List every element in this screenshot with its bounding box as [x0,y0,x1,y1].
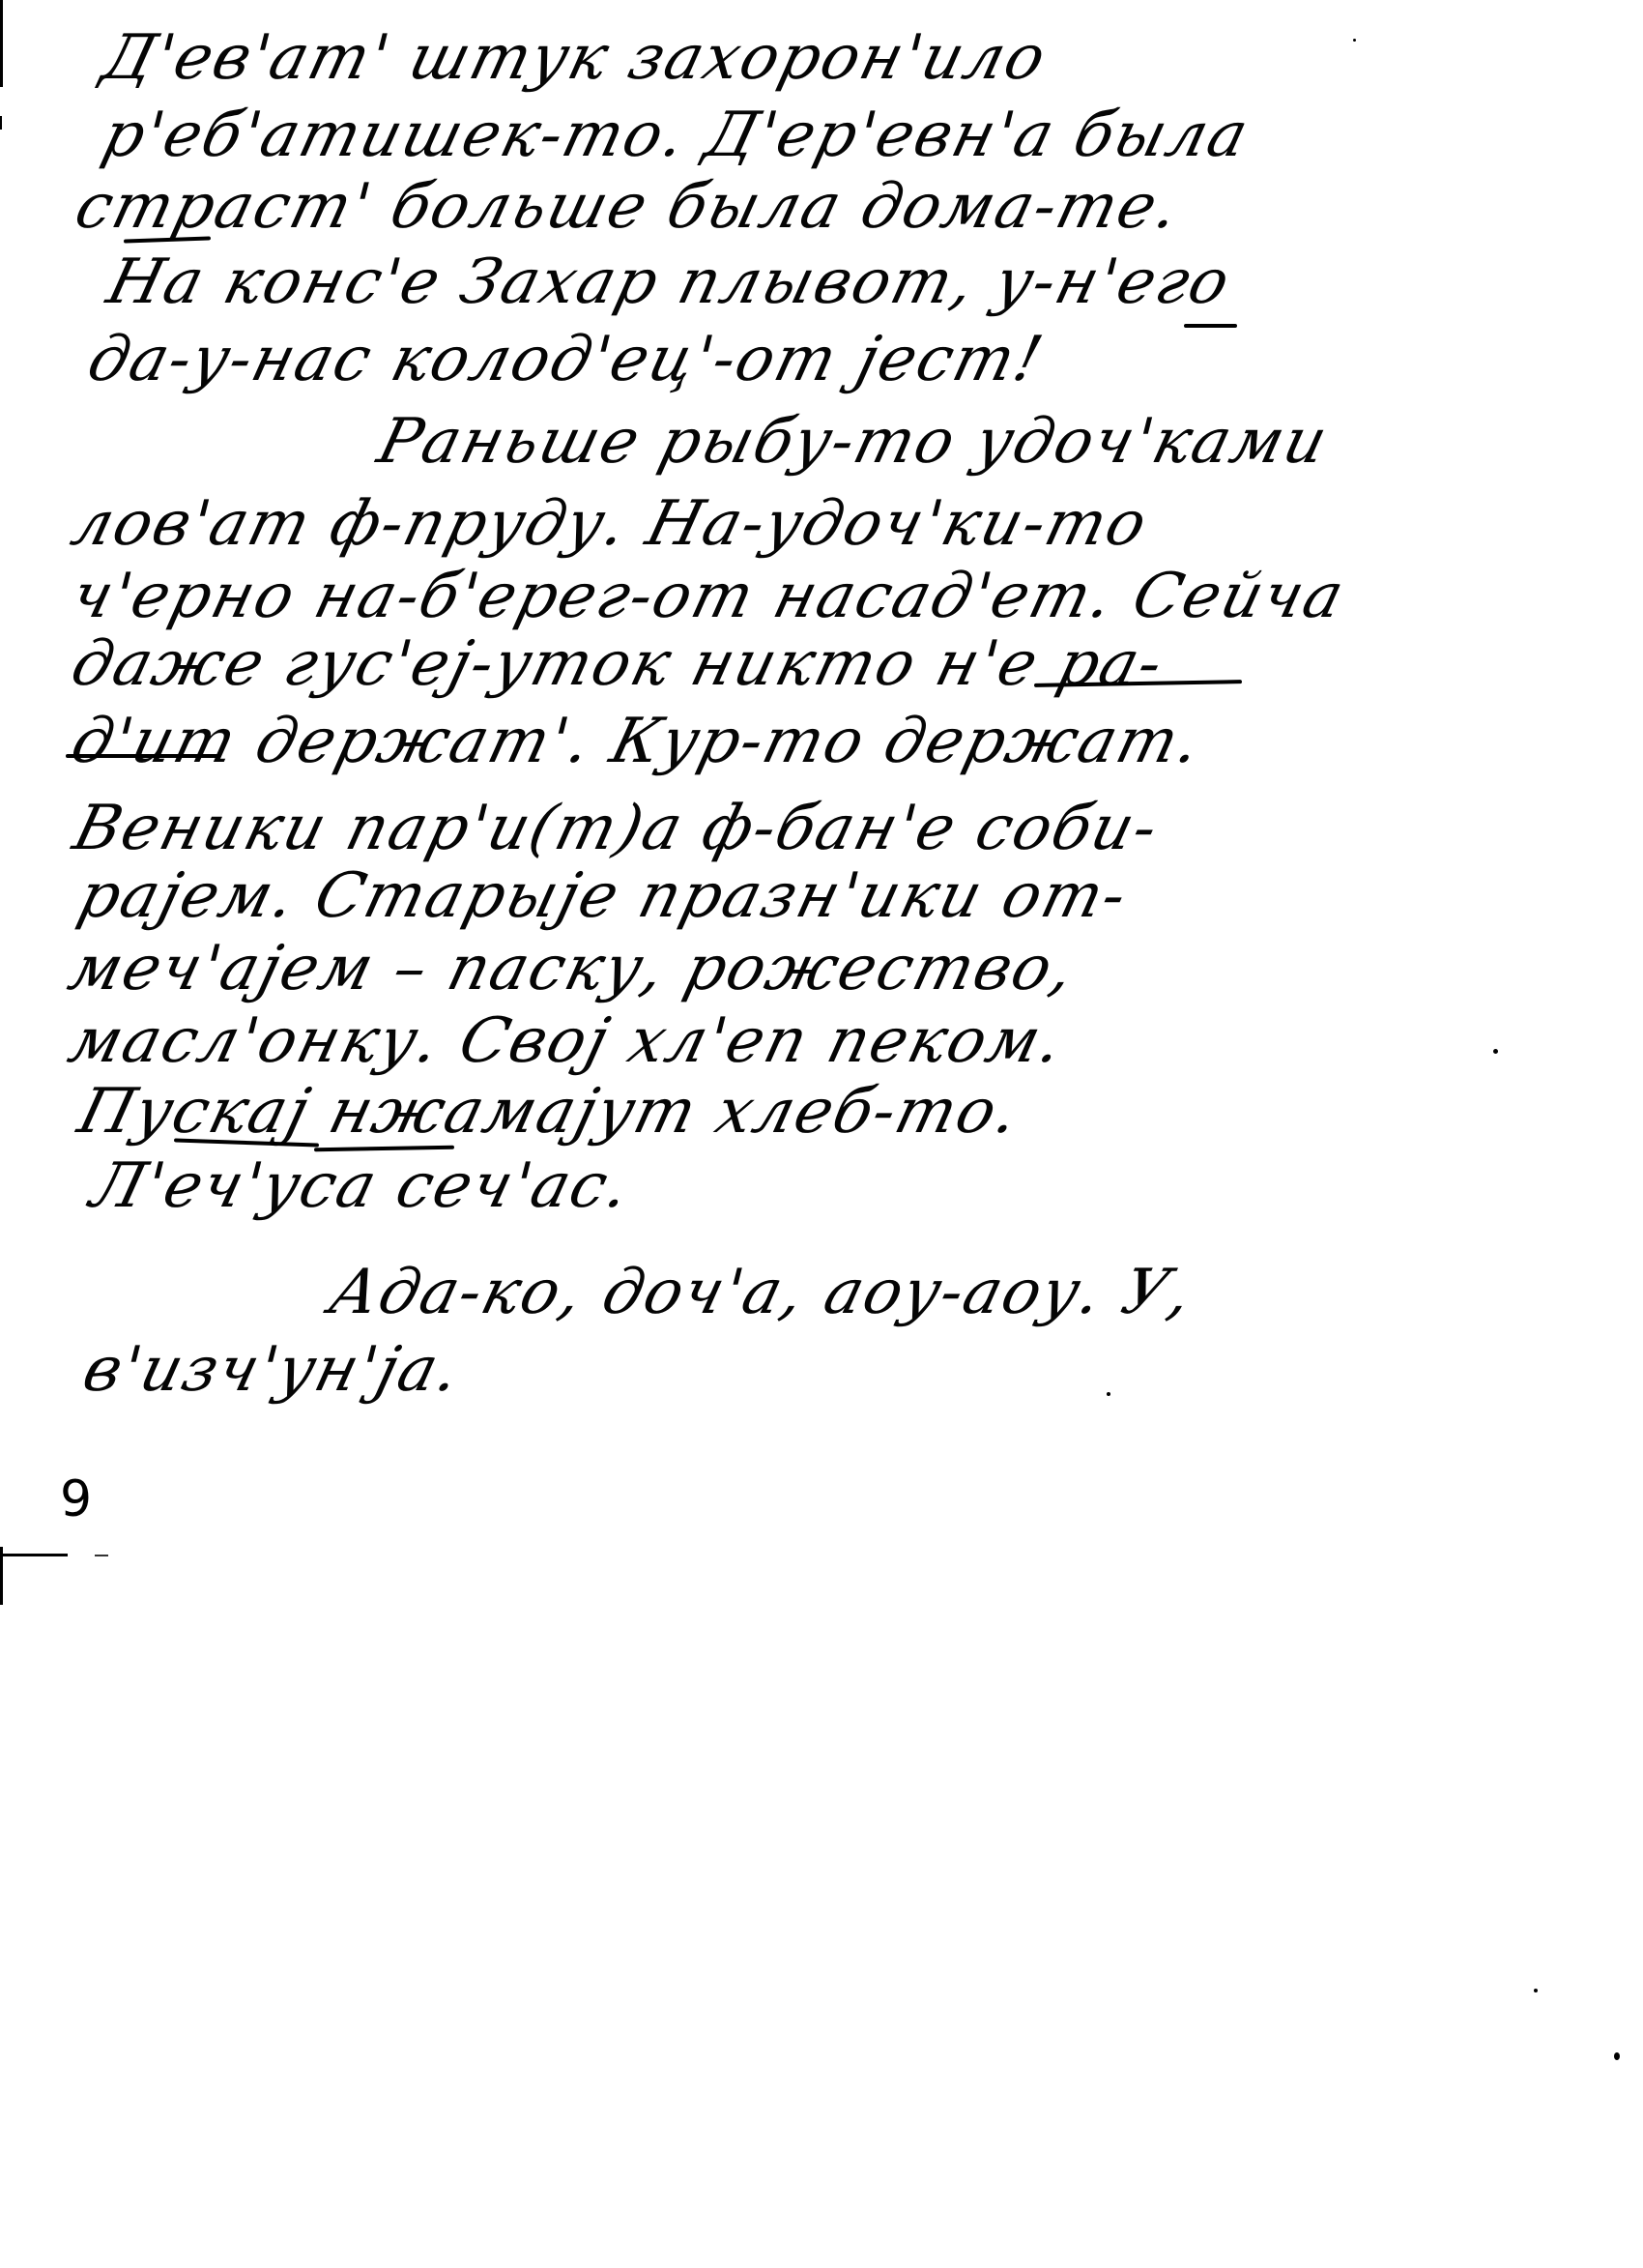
underline-mark [66,754,220,758]
text-line-4: На конс'е Захар плывот, у-н'его [101,251,1237,313]
text-line-9: даже гус'еј-уток никто н'е ра- [66,633,1170,695]
scan-crop-mark [0,1547,3,1605]
scan-speck [1534,1989,1538,1992]
text-line-7: лов'ат ф-пруду. На-удоч'ки-то [66,493,1154,555]
scanned-page: Д'ев'ат' штук захорон'ило р'еб'атишек-то… [0,0,1643,2268]
text-line-1: Д'ев'ат' штук захорон'ило [97,27,1053,89]
scan-crop-mark [95,1555,108,1556]
text-line-3: страст' больше была дома-те. [70,176,1186,238]
text-line-18: в'изч'ун'ја. [77,1339,468,1401]
text-line-5: да-у-нас колод'ец'-от јест! [82,329,1050,391]
scan-speck [1493,1049,1498,1054]
text-line-12: рајем. Старыје празн'ики от- [72,865,1134,927]
text-line-8: ч'ерно на-б'ерег-от насад'ет. Сейча [66,566,1351,627]
scan-speck [1353,39,1356,42]
underline-mark [1184,324,1237,328]
text-line-17: Ада-ко, доч'а, аоу-аоу. У, [324,1262,1199,1323]
scan-speck [1614,2052,1620,2060]
text-line-16: Л'еч'уса сеч'ас. [85,1155,637,1217]
text-line-6: Раньше рыбу-то удоч'ками [372,411,1335,473]
left-margin-edge [0,0,3,87]
scan-speck [1107,1392,1110,1396]
left-margin-edge [0,116,2,130]
text-line-2: р'еб'атишек-то. Д'ер'евн'а была [97,104,1255,166]
text-line-13: меч'ајем – паску, рожество, [63,938,1081,1000]
page-number: 9 [60,1474,92,1525]
text-line-10: д'ит держат'. Кур-то держат. [66,711,1208,772]
text-line-15: Пускај нжамајут хлеб-то. [72,1081,1026,1143]
text-line-14: масл'онку. Свој хл'еп пеком. [63,1010,1070,1072]
text-line-11: Веники пар'и(т)а ф-бан'е соби- [68,798,1165,859]
scan-crop-mark [0,1554,68,1556]
